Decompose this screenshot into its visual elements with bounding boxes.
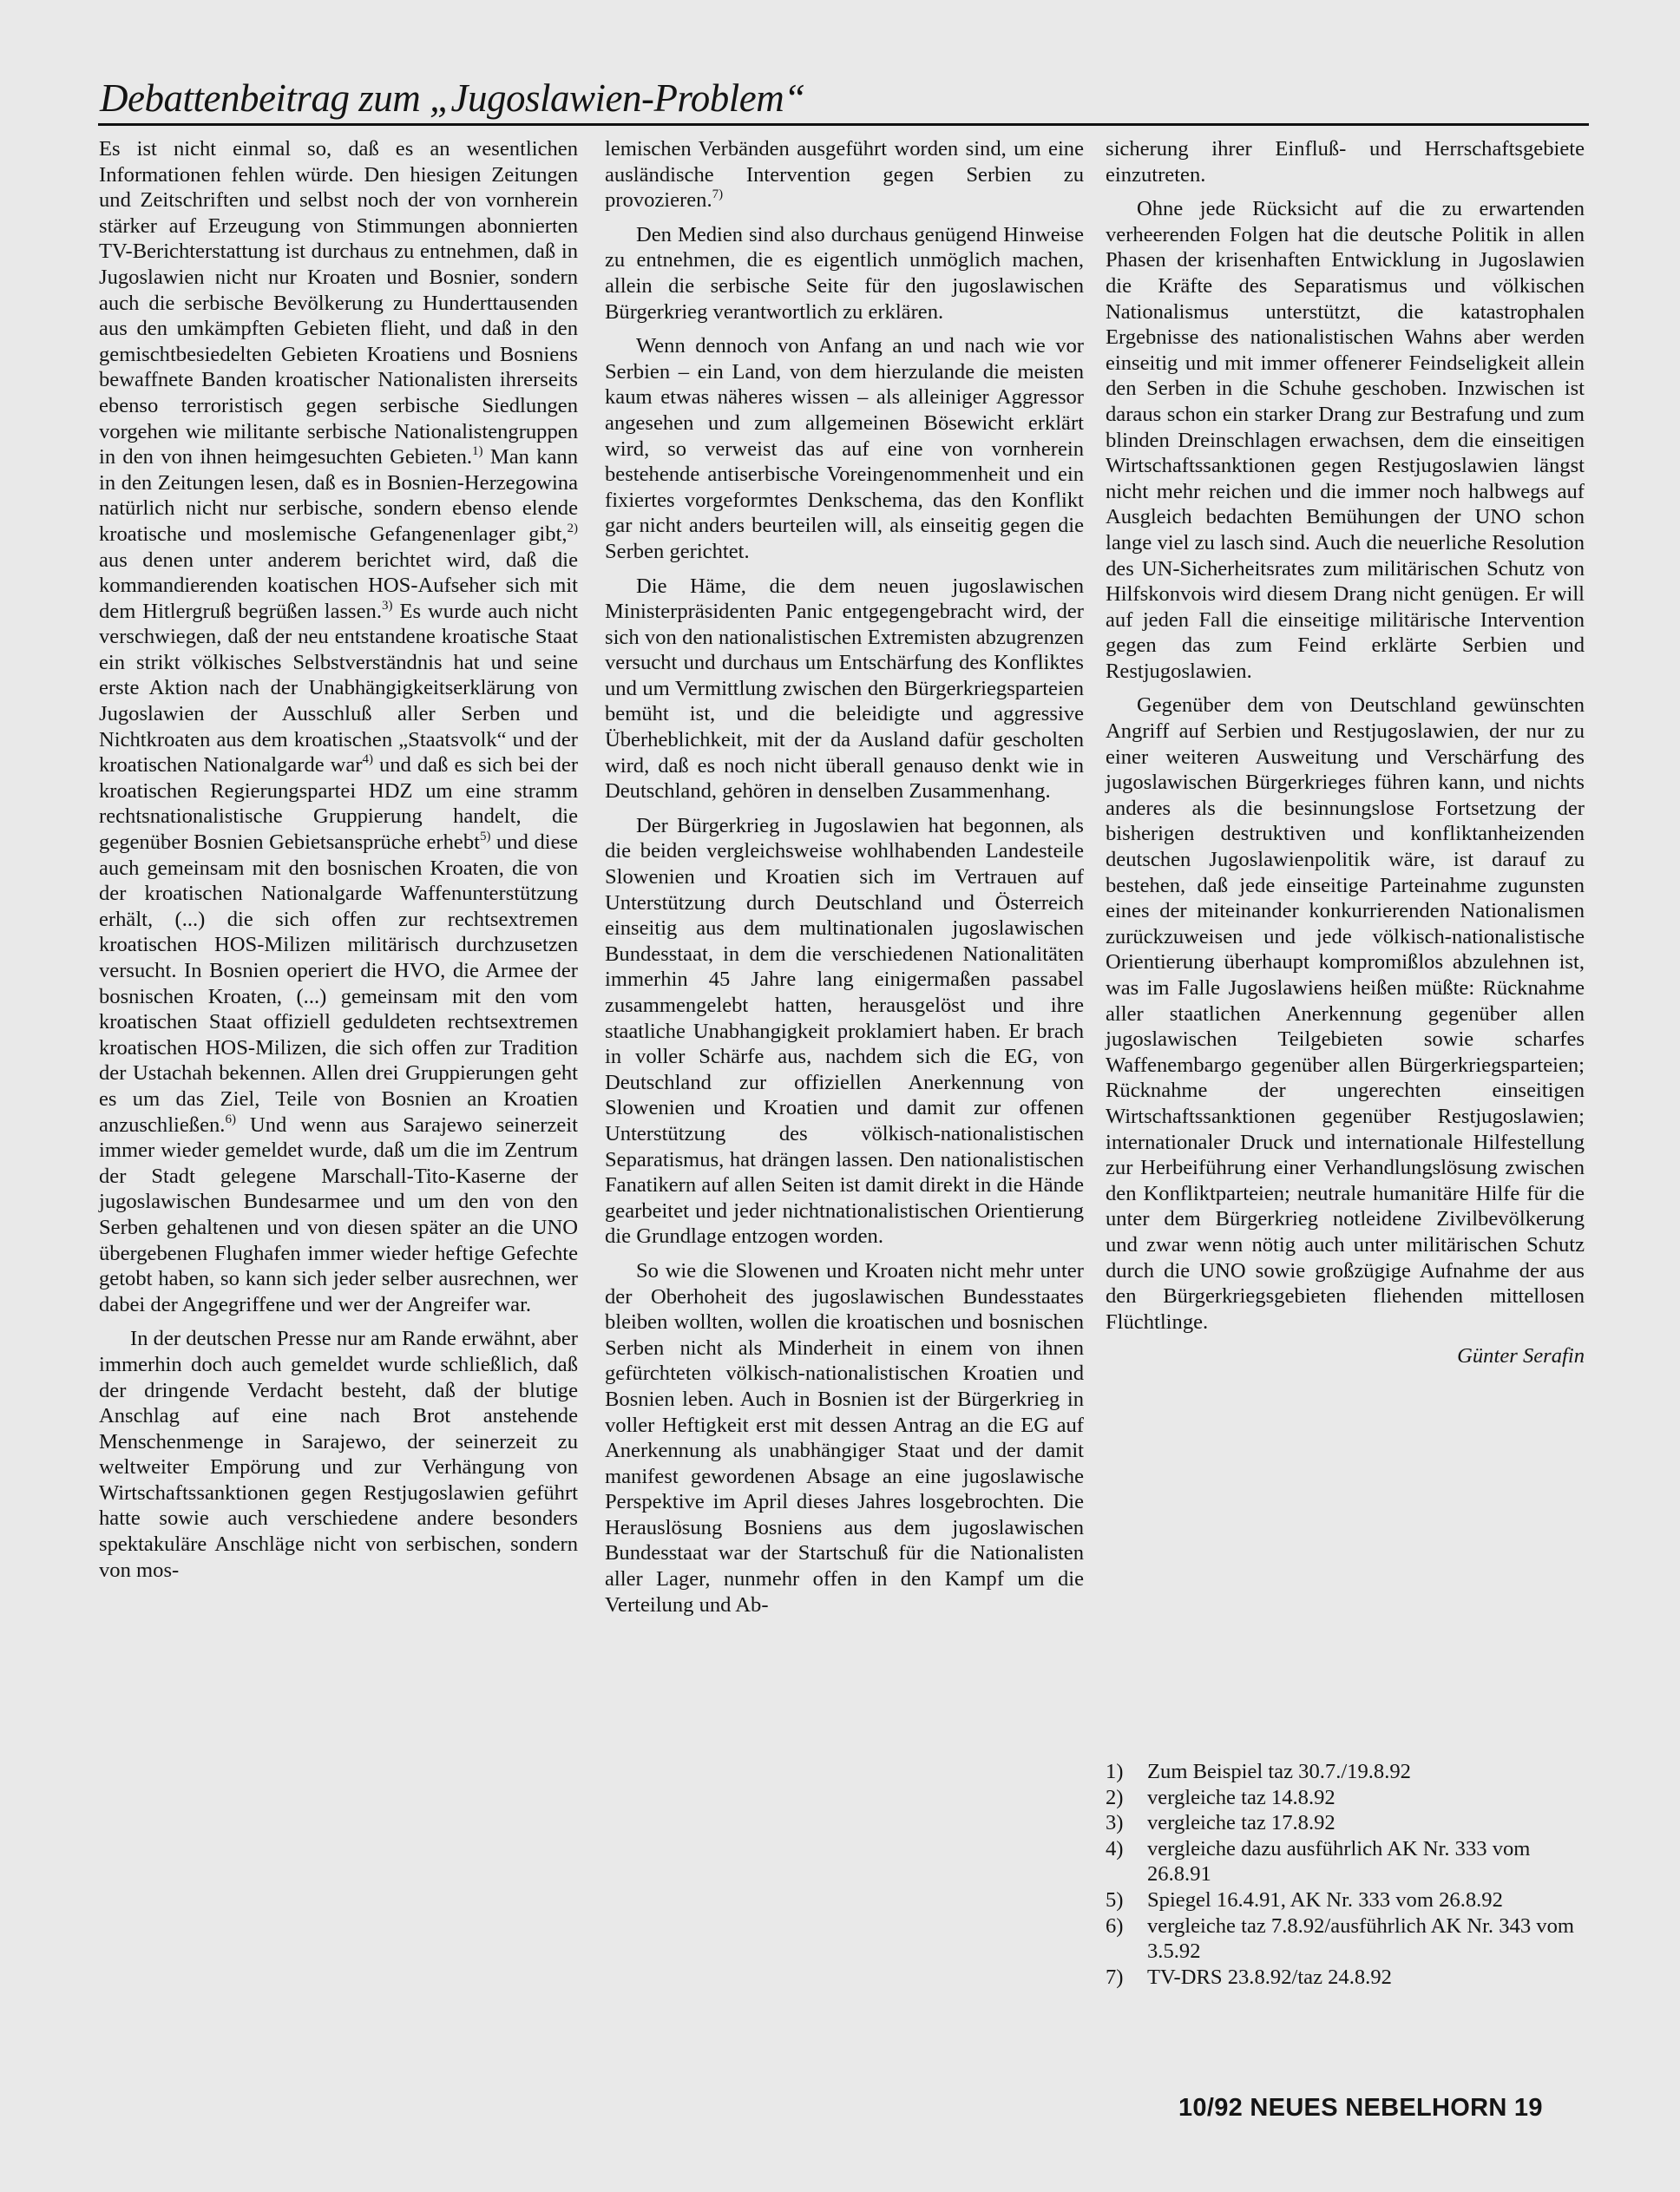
paragraph: Ohne jede Rücksicht auf die zu erwartend… xyxy=(1106,196,1585,684)
paragraph-text: Der Bürgerkrieg in Jugoslawien hat begon… xyxy=(605,814,1084,1249)
title-rule xyxy=(98,123,1589,126)
footnote-reference: 2) xyxy=(568,522,579,535)
footnote-reference: 1) xyxy=(472,444,483,458)
footnote-item: 6)vergleiche taz 7.8.92/ausführlich AK N… xyxy=(1106,1913,1591,1965)
footnote-text: vergleiche taz 14.8.92 xyxy=(1147,1785,1591,1811)
paragraph-text: Wenn dennoch von Anfang an und nach wie … xyxy=(605,334,1084,563)
footnote-number: 6) xyxy=(1106,1913,1147,1965)
footnote-number: 2) xyxy=(1106,1785,1147,1811)
paragraph: Den Medien sind also durchaus genügend H… xyxy=(605,222,1084,325)
footnote-text: Spiegel 16.4.91, AK Nr. 333 vom 26.8.92 xyxy=(1147,1887,1591,1913)
footnote-reference: 5) xyxy=(480,830,491,843)
paragraph: In der deutschen Presse nur am Rande erw… xyxy=(99,1326,578,1583)
paragraph-text: Gegenüber dem von Deutschland gewünschte… xyxy=(1106,693,1585,1333)
paragraph: Die Häme, die dem neuen jugoslawischen M… xyxy=(605,574,1084,804)
footnote-item: 7)TV-DRS 23.8.92/taz 24.8.92 xyxy=(1106,1965,1591,1991)
footnote-number: 4) xyxy=(1106,1836,1147,1887)
article-column-2: lemischen Verbänden ausgeführt worden si… xyxy=(605,136,1084,1626)
article-title: Debattenbeitrag zum „Jugoslawien-Problem… xyxy=(98,75,1589,121)
footnote-number: 5) xyxy=(1106,1887,1147,1913)
paragraph-text: Es ist nicht einmal so, daß es an wesent… xyxy=(99,137,578,469)
paragraph: lemischen Verbänden ausgeführt worden si… xyxy=(605,136,1084,213)
footnote-text: Zum Beispiel taz 30.7./19.8.92 xyxy=(1147,1759,1591,1785)
footnote-reference: 4) xyxy=(363,752,374,766)
footnote-number: 3) xyxy=(1106,1810,1147,1836)
footnote-text: vergleiche dazu ausführlich AK Nr. 333 v… xyxy=(1147,1836,1591,1887)
footnote-item: 4)vergleiche dazu ausführlich AK Nr. 333… xyxy=(1106,1836,1591,1887)
footnotes-list: 1)Zum Beispiel taz 30.7./19.8.922)vergle… xyxy=(1106,1759,1591,1990)
footnote-text: TV-DRS 23.8.92/taz 24.8.92 xyxy=(1147,1965,1591,1991)
footnote-reference: 6) xyxy=(225,1112,236,1126)
footnote-reference: 3) xyxy=(382,599,393,613)
paragraph: Gegenüber dem von Deutschland gewünschte… xyxy=(1106,692,1585,1335)
footnote-text: vergleiche taz 7.8.92/ausführlich AK Nr.… xyxy=(1147,1913,1591,1965)
footnote-text: vergleiche taz 17.8.92 xyxy=(1147,1810,1591,1836)
article-column-3: sicherung ihrer Einfluß- und Herrschafts… xyxy=(1106,136,1585,1369)
page-footer: 10/92 NEUES NEBELHORN 19 xyxy=(1178,2094,1543,2123)
paragraph: Der Bürgerkrieg in Jugoslawien hat begon… xyxy=(605,813,1084,1250)
paragraph-text: Es wurde auch nicht verschwiegen, daß de… xyxy=(99,600,578,778)
footnote-number: 7) xyxy=(1106,1965,1147,1991)
author-byline: Günter Serafin xyxy=(1106,1343,1585,1369)
paragraph-text: So wie die Slowenen und Kroaten nicht me… xyxy=(605,1259,1084,1617)
article-column-1: Es ist nicht einmal so, daß es an wesent… xyxy=(99,136,578,1591)
paragraph-text: sicherung ihrer Einfluß- und Herrschafts… xyxy=(1106,137,1585,187)
footnote-reference: 7) xyxy=(712,187,724,201)
footnote-item: 5)Spiegel 16.4.91, AK Nr. 333 vom 26.8.9… xyxy=(1106,1887,1591,1913)
paragraph-text: Ohne jede Rücksicht auf die zu erwartend… xyxy=(1106,197,1585,683)
footnote-item: 3)vergleiche taz 17.8.92 xyxy=(1106,1810,1591,1836)
article-header: Debattenbeitrag zum „Jugoslawien-Problem… xyxy=(98,75,1589,126)
footnote-item: 1)Zum Beispiel taz 30.7./19.8.92 xyxy=(1106,1759,1591,1785)
paragraph-text: und diese auch gemeinsam mit den bosnisc… xyxy=(99,830,578,1137)
footnote-number: 1) xyxy=(1106,1759,1147,1785)
paragraph: So wie die Slowenen und Kroaten nicht me… xyxy=(605,1258,1084,1618)
paragraph-text: In der deutschen Presse nur am Rande erw… xyxy=(99,1327,578,1581)
footnote-item: 2)vergleiche taz 14.8.92 xyxy=(1106,1785,1591,1811)
paragraph-text: Die Häme, die dem neuen jugoslawischen M… xyxy=(605,574,1084,804)
paragraph-text: Und wenn aus Sarajewo seinerzeit immer w… xyxy=(99,1113,578,1316)
paragraph: Es ist nicht einmal so, daß es an wesent… xyxy=(99,136,578,1317)
paragraph-text: Den Medien sind also durchaus genügend H… xyxy=(605,223,1084,324)
paragraph-text: lemischen Verbänden ausgeführt worden si… xyxy=(605,137,1084,212)
paragraph: sicherung ihrer Einfluß- und Herrschafts… xyxy=(1106,136,1585,187)
paragraph: Wenn dennoch von Anfang an und nach wie … xyxy=(605,333,1084,564)
